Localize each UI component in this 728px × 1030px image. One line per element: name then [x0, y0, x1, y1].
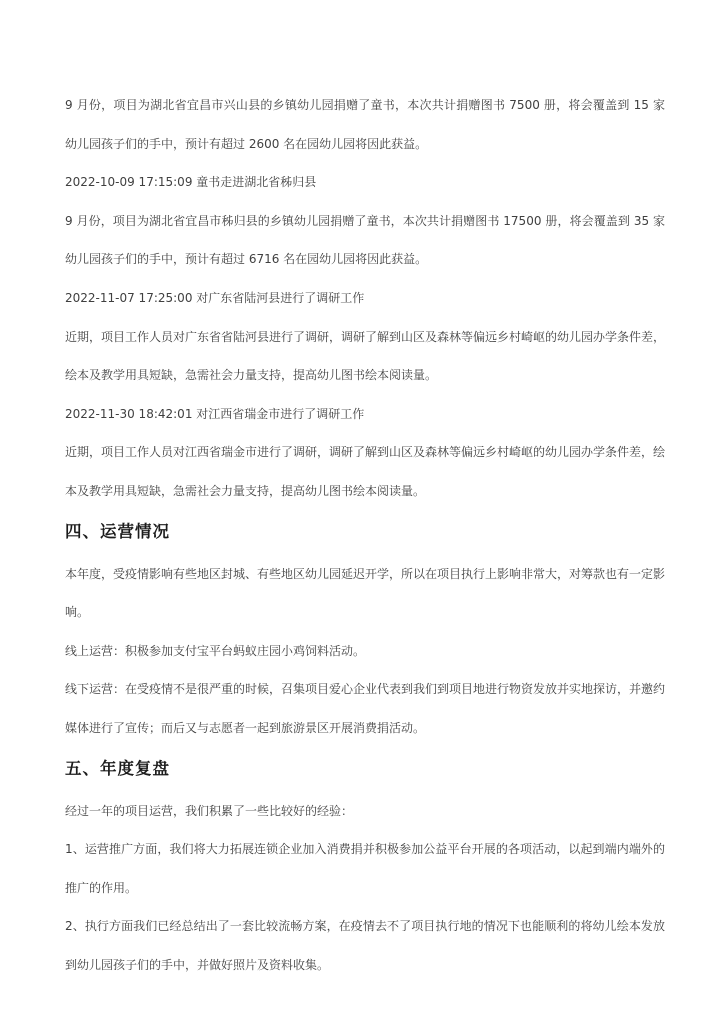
paragraph: 经过一年的项目运营，我们积累了一些比较好的经验： — [65, 792, 665, 831]
document-body: 9 月份，项目为湖北省宜昌市兴山县的乡镇幼儿园捐赠了童书，本次共计捐赠图书 75… — [65, 86, 665, 984]
paragraph: 1、运营推广方面，我们将大力拓展连锁企业加入消费捐并积极参加公益平台开展的各项活… — [65, 830, 665, 907]
section-heading: 五、年度复盘 — [65, 757, 665, 781]
document-page: 9 月份，项目为湖北省宜昌市兴山县的乡镇幼儿园捐赠了童书，本次共计捐赠图书 75… — [0, 0, 728, 1030]
timestamp-line: 2022-11-07 17:25:00 对广东省陆河县进行了调研工作 — [65, 279, 665, 318]
paragraph: 2、执行方面我们已经总结出了一套比较流畅方案，在疫情去不了项目执行地的情况下也能… — [65, 907, 665, 984]
paragraph: 9 月份，项目为湖北省宜昌市兴山县的乡镇幼儿园捐赠了童书，本次共计捐赠图书 75… — [65, 86, 665, 163]
section-heading: 四、运营情况 — [65, 520, 665, 544]
paragraph: 近期，项目工作人员对江西省瑞金市进行了调研，调研了解到山区及森林等偏远乡村崎岖的… — [65, 433, 665, 510]
timestamp-line: 2022-11-30 18:42:01 对江西省瑞金市进行了调研工作 — [65, 395, 665, 434]
paragraph: 近期，项目工作人员对广东省省陆河县进行了调研，调研了解到山区及森林等偏远乡村崎岖… — [65, 318, 665, 395]
paragraph: 线下运营：在受疫情不是很严重的时候，召集项目爱心企业代表到我们到项目地进行物资发… — [65, 670, 665, 747]
paragraph: 本年度，受疫情影响有些地区封城、有些地区幼儿园延迟开学，所以在项目执行上影响非常… — [65, 555, 665, 632]
timestamp-line: 2022-10-09 17:15:09 童书走进湖北省秭归县 — [65, 163, 665, 202]
paragraph: 9 月份，项目为湖北省宜昌市秭归县的乡镇幼儿园捐赠了童书，本次共计捐赠图书 17… — [65, 202, 665, 279]
paragraph: 线上运营：积极参加支付宝平台蚂蚁庄园小鸡饲料活动。 — [65, 632, 665, 671]
